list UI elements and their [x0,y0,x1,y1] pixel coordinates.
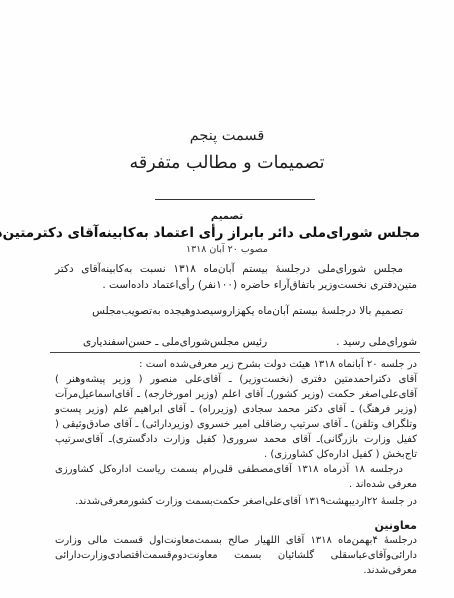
closing-text: شورای‌ملی رسید . [336,335,417,349]
section-divider [50,352,420,353]
deputies-text: درجلسهٔ ۴بهمن‌ماه ۱۳۱۸ آقای اللهیار صالح… [55,535,417,576]
decision-approval-text: تصمیم بالا درجلسهٔ بیستم آبان‌ماه یکهزار… [92,305,403,317]
interior-appointment: در جلسهٔ ۲۲اردیبهشت۱۳۱۹ آقای‌علی‌اصغر حک… [55,494,417,509]
cabinet-paragraph: در جلسه ۲۰ آبانماه ۱۳۱۸ هیئت دولت بشرح ز… [55,357,417,462]
deputies-paragraph: درجلسهٔ ۴بهمن‌ماه ۱۳۱۸ آقای اللهیار صالح… [55,533,417,578]
agriculture-appointment-text: درجلسه ۱۸ آذرماه ۱۳۱۸ آقای‌مصطفی قلی‌رام… [55,464,417,490]
interior-appointment-text: در جلسهٔ ۲۲اردیبهشت۱۳۱۹ آقای‌علی‌اصغر حک… [75,496,417,507]
agriculture-appointment: درجلسه ۱۸ آذرماه ۱۳۱۸ آقای‌مصطفی قلی‌رام… [55,462,417,492]
signature: رئیس مجلس‌شورای‌ملی ـ حسن‌اسفندیاری [83,335,267,349]
cabinet-members: آقای دکتراحمدمتین دفتری (نخست‌وزیر) ـ آق… [55,372,417,462]
section-subtitle: تصمیمات و مطالب متفرقه [0,151,454,175]
decision-title: مجلس شورای‌ملی دائر بابراز رأی اعتماد به… [40,224,420,242]
deputies-heading: معاونین [55,519,417,533]
decision-date: مصوب ۲۰ آبان ۱۳۱۸ [0,244,454,256]
decision-approval-paragraph: تصمیم بالا درجلسهٔ بیستم آبان‌ماه یکهزار… [55,304,417,320]
document-page: قسمت پنجم تصمیمات و مطالب متفرقه تصمیم م… [0,0,454,598]
decision-label: تصمیم [0,211,454,223]
decision-paragraph: مجلس شورای‌ملی درجلسهٔ بیستم آبان‌ماه ۱۳… [55,262,417,293]
heading-divider [155,199,315,200]
cabinet-intro: در جلسه ۲۰ آبانماه ۱۳۱۸ هیئت دولت بشرح ز… [55,357,417,372]
signature-row: شورای‌ملی رسید . رئیس مجلس‌شورای‌ملی ـ ح… [55,335,417,349]
decision-paragraph-text: مجلس شورای‌ملی درجلسهٔ بیستم آبان‌ماه ۱۳… [55,263,417,291]
section-title: قسمت پنجم [0,127,454,145]
